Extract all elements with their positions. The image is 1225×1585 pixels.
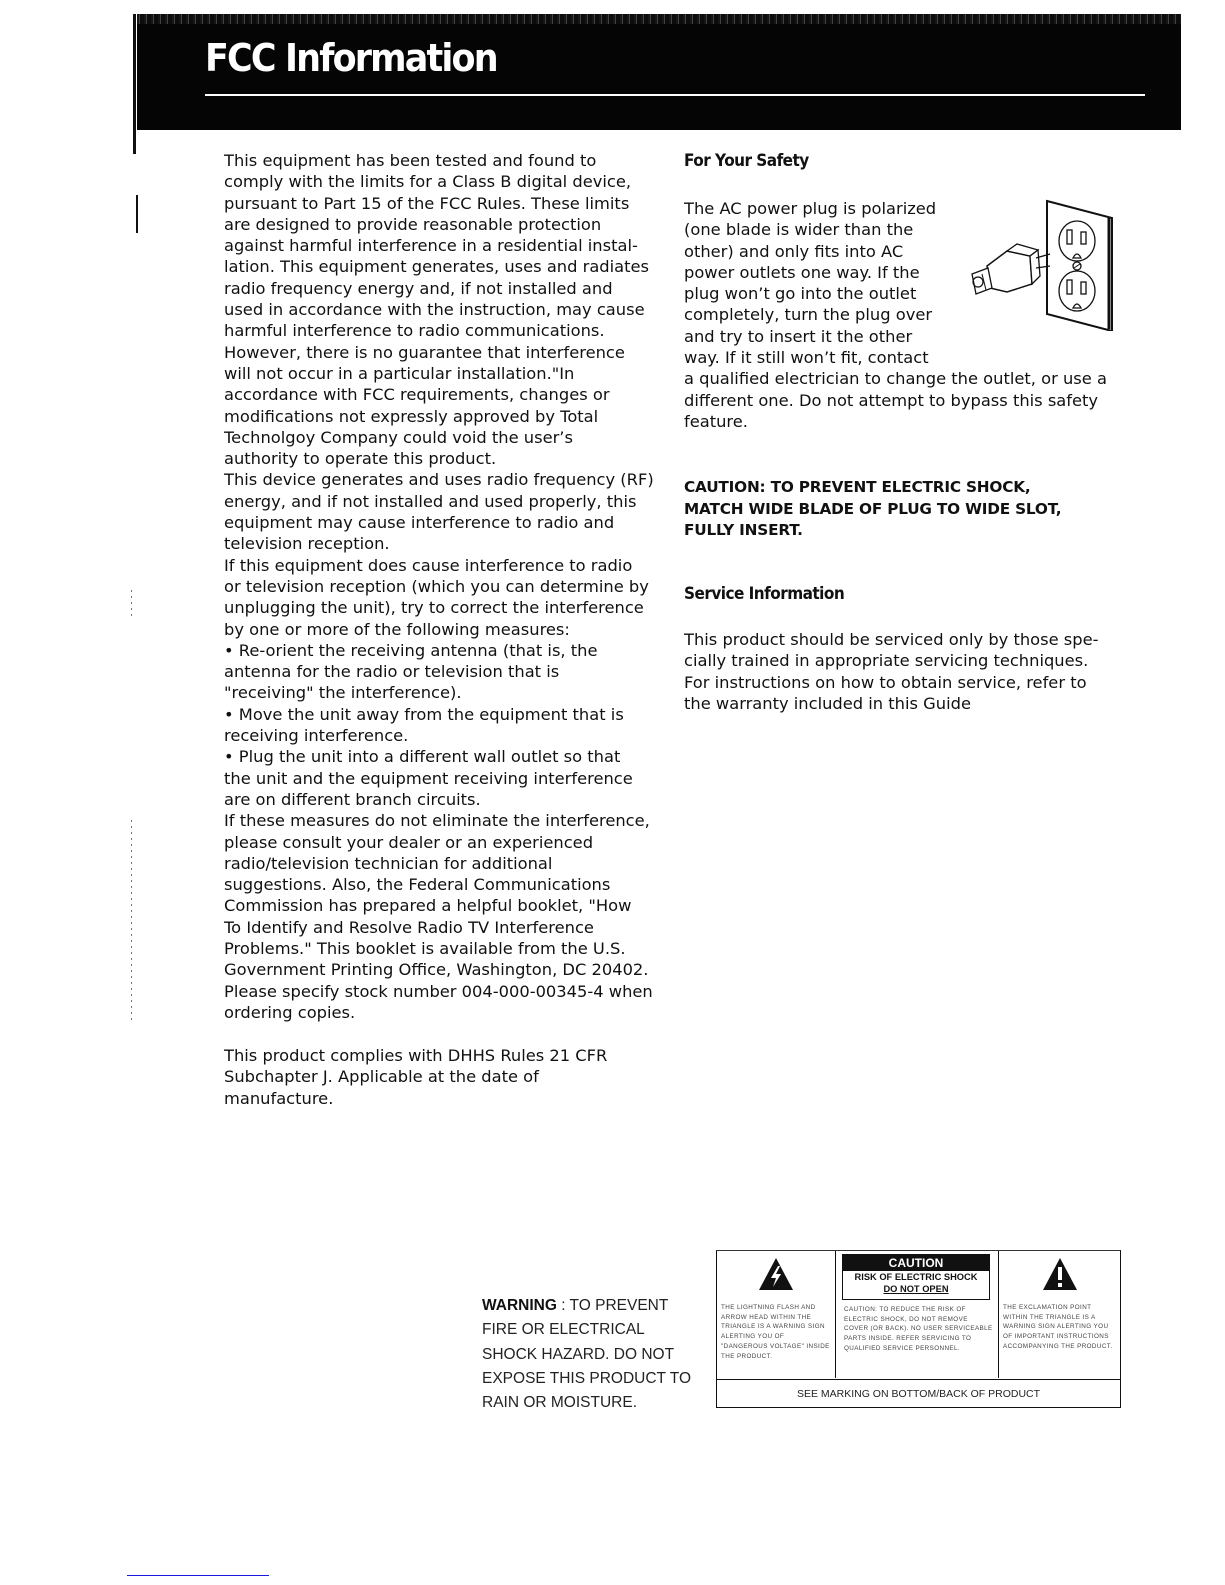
- text-line: Subchapter J. Applicable at the date of: [224, 1066, 669, 1087]
- text-line: Problems." This booklet is available fro…: [224, 938, 669, 959]
- text-line: by one or more of the following measures…: [224, 619, 669, 640]
- text-line: lation. This equipment generates, uses a…: [224, 256, 669, 277]
- text-line: used in accordance with the instruction,…: [224, 299, 669, 320]
- text-line: MATCH WIDE BLADE OF PLUG TO WIDE SLOT,: [684, 499, 1061, 521]
- text-line: pursuant to Part 15 of the FCC Rules. Th…: [224, 193, 669, 214]
- scan-edge-mark: [131, 820, 132, 1020]
- fire-shock-warning: WARNING : TO PREVENT FIRE OR ELECTRICAL …: [482, 1294, 691, 1415]
- header-banner: FCC Information: [137, 14, 1181, 130]
- risk-of-shock: RISK OF ELECTRIC SHOCK: [843, 1271, 989, 1283]
- text-line: However, there is no guarantee that inte…: [224, 342, 669, 363]
- caution-center-text: Caution: to reduce the risk of electric …: [844, 1305, 994, 1354]
- text-line: If these measures do not eliminate the i…: [224, 810, 669, 831]
- scan-edge-mark: [131, 590, 132, 620]
- warning-line: FIRE OR ELECTRICAL: [482, 1318, 691, 1342]
- text-line: please consult your dealer or an experie…: [224, 832, 669, 853]
- scan-edge-mark: [136, 195, 138, 233]
- lightning-warning-text: The lightning flash and arrow head withi…: [721, 1303, 831, 1361]
- text-line: equipment may cause interference to radi…: [224, 512, 669, 533]
- lightning-warning-cell: The lightning flash and arrow head withi…: [717, 1251, 836, 1378]
- warning-line: SHOCK HAZARD. DO NOT: [482, 1343, 691, 1367]
- do-not-open: DO NOT OPEN: [843, 1283, 989, 1295]
- text-line: comply with the limits for a Class B dig…: [224, 171, 669, 192]
- text-line: radio/television technician for addition…: [224, 853, 669, 874]
- text-line: way. If it still won’t fit, contact: [684, 347, 1124, 368]
- text-line: feature.: [684, 411, 1124, 432]
- text-line: FULLY INSERT.: [684, 520, 1061, 542]
- text-line: radio frequency energy and, if not insta…: [224, 278, 669, 299]
- text-line: manufacture.: [224, 1088, 669, 1109]
- banner-texture: [137, 14, 1181, 24]
- text-line: • Plug the unit into a different wall ou…: [224, 746, 669, 767]
- text-line: To Identify and Resolve Radio TV Interfe…: [224, 917, 669, 938]
- text-line: are designed to provide reasonable prote…: [224, 214, 669, 235]
- text-line: "receiving" the interference).: [224, 682, 669, 703]
- text-line: the unit and the equipment receiving int…: [224, 768, 669, 789]
- text-line: antenna for the radio or television that…: [224, 661, 669, 682]
- text-line: a qualified electrician to change the ou…: [684, 368, 1124, 389]
- text-line: unplugging the unit), try to correct the…: [224, 597, 669, 618]
- text-line: CAUTION: TO PREVENT ELECTRIC SHOCK,: [684, 477, 1061, 499]
- fcc-statement-lines: This equipment has been tested and found…: [224, 150, 669, 1023]
- text-line: This product should be serviced only by …: [684, 629, 1124, 650]
- see-marking-footer: SEE MARKING ON BOTTOM/BACK OF PRODUCT: [717, 1379, 1120, 1408]
- warning-line: : TO PREVENT: [557, 1297, 668, 1314]
- text-line: • Re-orient the receiving antenna (that …: [224, 640, 669, 661]
- text-line: This product complies with DHHS Rules 21…: [224, 1045, 669, 1066]
- scan-edge-mark: [133, 14, 136, 154]
- warning-label: WARNING: [482, 1297, 557, 1314]
- text-line: suggestions. Also, the Federal Communica…: [224, 874, 669, 895]
- exclamation-warning-cell: The exclamation point within the triangl…: [999, 1251, 1120, 1378]
- exclamation-triangle-icon: [1042, 1257, 1078, 1291]
- warning-line: EXPOSE THIS PRODUCT TO: [482, 1367, 691, 1391]
- text-line: • Move the unit away from the equipment …: [224, 704, 669, 725]
- caution-header: CAUTION RISK OF ELECTRIC SHOCK DO NOT OP…: [842, 1254, 990, 1300]
- warning-line: RAIN OR MOISTURE.: [482, 1391, 691, 1415]
- lightning-triangle-icon: [758, 1257, 794, 1291]
- text-line: modifications not expressly approved by …: [224, 406, 669, 427]
- text-line: energy, and if not installed and used pr…: [224, 491, 669, 512]
- text-line: or television reception (which you can d…: [224, 576, 669, 597]
- caution-label-box: The lightning flash and arrow head withi…: [716, 1250, 1121, 1408]
- text-line: will not occur in a particular installat…: [224, 363, 669, 384]
- text-line: the warranty included in this Guide: [684, 693, 1124, 714]
- text-line: For instructions on how to obtain servic…: [684, 672, 1124, 693]
- fcc-statement: This equipment has been tested and found…: [224, 150, 669, 1109]
- page-bottom-rule: [127, 1575, 269, 1576]
- text-line: If this equipment does cause interferenc…: [224, 555, 669, 576]
- polarized-plug-and-outlet-icon: [952, 196, 1122, 331]
- caution-title: CAUTION: [843, 1255, 989, 1271]
- text-line: receiving interference.: [224, 725, 669, 746]
- text-line: against harmful interference in a reside…: [224, 235, 669, 256]
- text-line: Technolgoy Company could void the user’s: [224, 427, 669, 448]
- text-line: are on different branch circuits.: [224, 789, 669, 810]
- exclamation-warning-text: The exclamation point within the triangl…: [1003, 1303, 1116, 1352]
- caution-center-cell: CAUTION RISK OF ELECTRIC SHOCK DO NOT OP…: [836, 1251, 999, 1378]
- text-line: authority to operate this product.: [224, 448, 669, 469]
- safety-heading: For Your Safety: [684, 151, 809, 171]
- text-line: Please specify stock number 004-000-0034…: [224, 981, 669, 1002]
- spacer: [224, 1023, 669, 1045]
- text-line: harmful interference to radio communicat…: [224, 320, 669, 341]
- text-line: ordering copies.: [224, 1002, 669, 1023]
- text-line: This device generates and uses radio fre…: [224, 469, 669, 490]
- service-heading: Service Information: [684, 584, 844, 604]
- text-line: cially trained in appropriate servicing …: [684, 650, 1124, 671]
- text-line: television reception.: [224, 533, 669, 554]
- title-underline: [205, 94, 1145, 96]
- dhhs-statement: This product complies with DHHS Rules 21…: [224, 1045, 669, 1109]
- service-text: This product should be serviced only by …: [684, 629, 1124, 714]
- page-title: FCC Information: [205, 36, 497, 80]
- text-line: Government Printing Office, Washington, …: [224, 959, 669, 980]
- text-line: different one. Do not attempt to bypass …: [684, 390, 1124, 411]
- text-line: This equipment has been tested and found…: [224, 150, 669, 171]
- polarized-plug-caution: CAUTION: TO PREVENT ELECTRIC SHOCK,MATCH…: [684, 477, 1061, 542]
- text-line: accordance with FCC requirements, change…: [224, 384, 669, 405]
- text-line: Commission has prepared a helpful bookle…: [224, 895, 669, 916]
